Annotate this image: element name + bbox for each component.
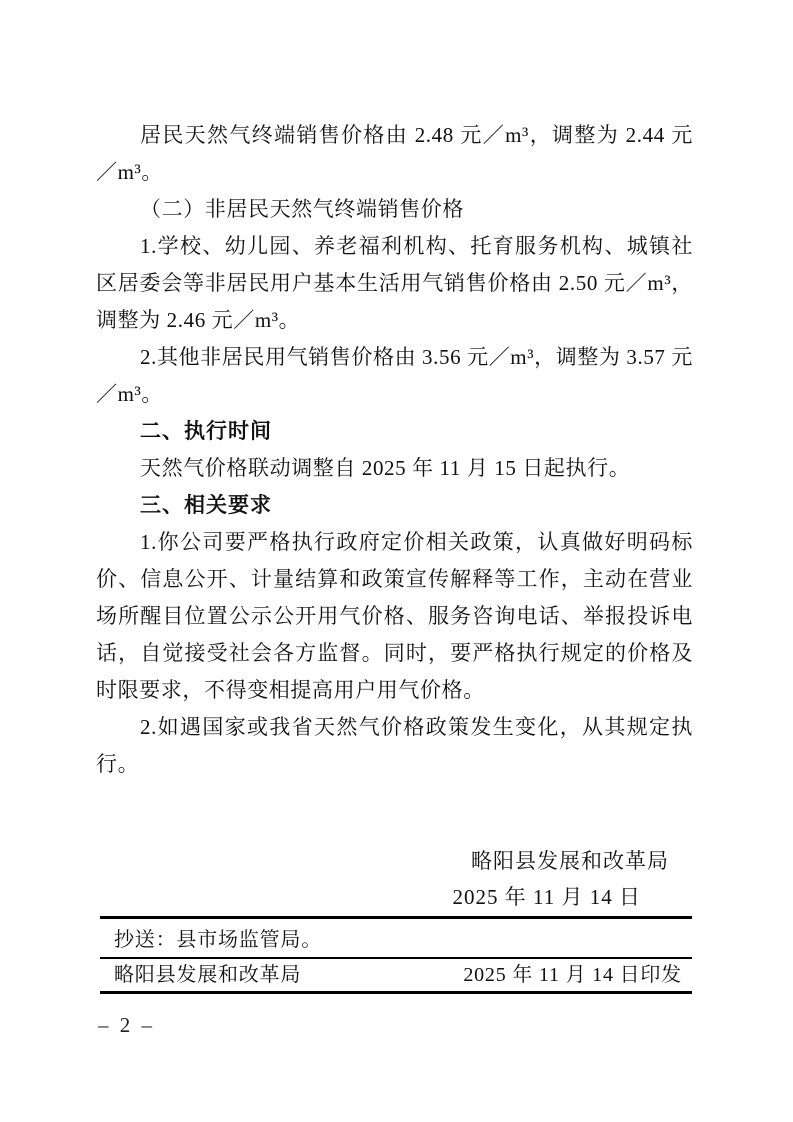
body-paragraph-requirement-1: 1.你公司要严格执行政府定价相关政策，认真做好明码标价、信息公开、计量结算和政策…	[96, 524, 693, 709]
body-paragraph-requirement-2: 2.如遇国家或我省天然气价格政策发生变化，从其规定执行。	[96, 709, 693, 783]
signature-block: 略阳县发展和改革局 2025 年 11 月 14 日	[96, 843, 693, 915]
document-body: 居民天然气终端销售价格由 2.48 元／m³，调整为 2.44 元／m³。 （二…	[96, 117, 693, 783]
issue-row: 略阳县发展和改革局 2025 年 11 月 14 日印发	[100, 959, 692, 994]
issuer-name: 略阳县发展和改革局	[114, 959, 301, 991]
cc-text: 抄送：县市场监管局。	[114, 929, 322, 951]
body-paragraph-basic-living-gas: 1.学校、幼儿园、养老福利机构、托育服务机构、城镇社区居委会等非居民用户基本生活…	[96, 228, 693, 339]
body-paragraph-other-nonresident: 2.其他非居民用气销售价格由 3.56 元／m³，调整为 3.57 元／m³。	[96, 339, 693, 413]
signature-date: 2025 年 11 月 14 日	[96, 879, 693, 915]
body-paragraph-residential-price: 居民天然气终端销售价格由 2.48 元／m³，调整为 2.44 元／m³。	[96, 117, 693, 191]
cc-row: 抄送：县市场监管局。	[100, 916, 692, 959]
footer-block: 抄送：县市场监管局。 略阳县发展和改革局 2025 年 11 月 14 日印发	[100, 916, 692, 994]
section-heading-execution-time: 二、执行时间	[96, 413, 693, 450]
body-paragraph-effective-date: 天然气价格联动调整自 2025 年 11 月 15 日起执行。	[96, 450, 693, 487]
page-number: – 2 –	[98, 1013, 155, 1038]
section-heading-requirements: 三、相关要求	[96, 487, 693, 524]
signature-agency: 略阳县发展和改革局	[96, 843, 693, 879]
issue-print-date: 2025 年 11 月 14 日印发	[463, 959, 682, 991]
document-page: 居民天然气终端销售价格由 2.48 元／m³，调整为 2.44 元／m³。 （二…	[0, 0, 793, 1122]
section-heading-nonresidential: （二）非居民天然气终端销售价格	[96, 191, 693, 228]
